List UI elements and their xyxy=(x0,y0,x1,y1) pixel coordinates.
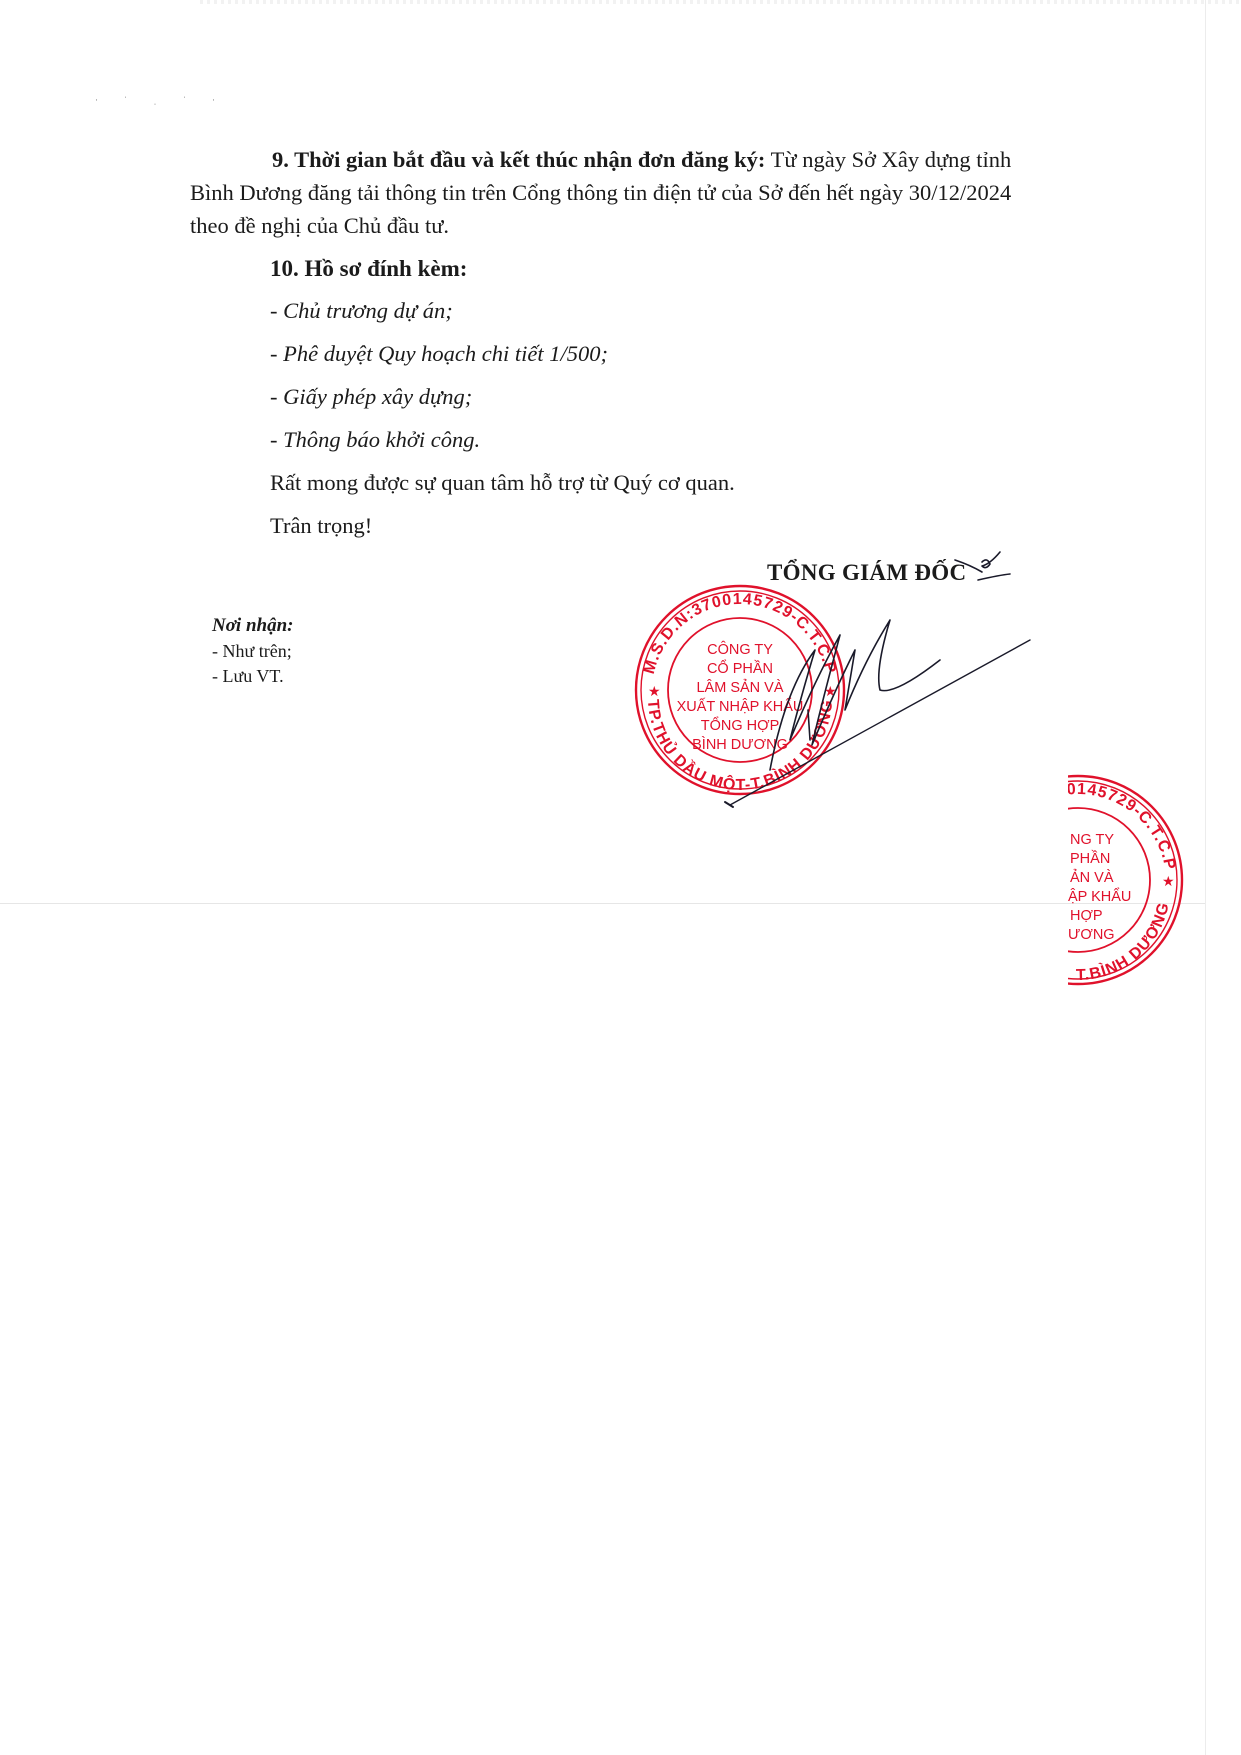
scan-specks: · ˈ ˌ ˈ · xyxy=(95,95,227,105)
recipient-item: - Lưu VT. xyxy=(212,665,284,688)
svg-text:ƯƠNG: ƯƠNG xyxy=(1068,927,1115,943)
svg-text:ẢN VÀ: ẢN VÀ xyxy=(1070,869,1114,886)
attachment-item: - Chủ trương dự án; xyxy=(270,294,453,327)
recipients-title: Nơi nhận: xyxy=(212,614,293,637)
svg-text:NG TY: NG TY xyxy=(1070,832,1114,848)
section-9: 9. Thời gian bắt đầu và kết thúc nhận đơ… xyxy=(190,143,1095,242)
attachment-item: - Phê duyệt Quy hoạch chi tiết 1/500; xyxy=(270,337,608,370)
section-9-line-1-rest: Từ ngày Sở Xây dựng tỉnh xyxy=(765,147,1011,172)
svg-text:★: ★ xyxy=(1162,873,1175,889)
svg-text:PHẦN: PHẦN xyxy=(1070,850,1110,867)
scan-edge-line xyxy=(1205,0,1206,1755)
section-9-heading: 9. Thời gian bắt đầu và kết thúc nhận đơ… xyxy=(272,147,765,172)
attachment-item: - Giấy phép xây dựng; xyxy=(270,380,472,413)
scan-artifact-top xyxy=(200,0,1241,4)
svg-text:HỢP: HỢP xyxy=(1070,908,1103,924)
closing-regards: Trân trọng! xyxy=(270,509,372,542)
handwritten-signature xyxy=(640,540,1060,820)
section-9-line-2: Bình Dương đăng tải thông tin trên Cổng … xyxy=(190,176,1095,209)
attachment-item: - Thông báo khởi công. xyxy=(270,423,480,456)
scan-fold-line xyxy=(0,903,1205,904)
section-9-line-1: 9. Thời gian bắt đầu và kết thúc nhận đơ… xyxy=(190,143,1095,176)
partial-stamp-clipped: 0145729-C.T.C.P T.BÌNH DƯƠNG ★ NG TY PHẦ… xyxy=(1068,765,1188,995)
section-9-line-3: theo đề nghị của Chủ đầu tư. xyxy=(190,209,1095,242)
svg-text:ẬP KHẨU: ẬP KHẨU xyxy=(1068,887,1131,905)
section-10-heading: 10. Hồ sơ đính kèm: xyxy=(270,252,467,285)
document-page: · ˈ ˌ ˈ · 9. Thời gian bắt đầu và kết th… xyxy=(0,0,1241,1755)
recipient-item: - Như trên; xyxy=(212,640,292,663)
closing-request: Rất mong được sự quan tâm hỗ trợ từ Quý … xyxy=(270,466,735,499)
